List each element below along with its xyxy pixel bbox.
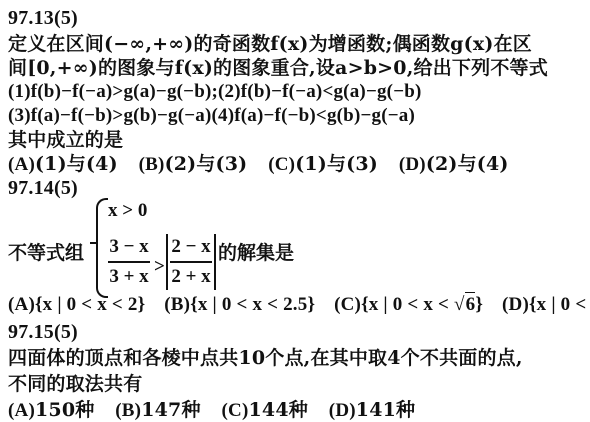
q13-option-a[interactable]: (A)(1)与(4)	[8, 152, 118, 177]
fraction-bar	[108, 261, 150, 263]
fraction-left: 3 − x 3 + x	[108, 236, 150, 288]
question-15-options: (A)150种 (B)147种 (C)144种 (D)141种	[8, 398, 429, 422]
fraction-bar	[170, 261, 212, 263]
q13-option-c[interactable]: (C)(1)与(3)	[268, 152, 378, 177]
q13-option-d[interactable]: (D)(2)与(4)	[399, 152, 509, 177]
q14-option-c[interactable]: (C){x | 0 < x < √6}	[334, 292, 483, 317]
left-brace-tip	[90, 242, 98, 244]
q14-option-d[interactable]: (D){x | 0 < x < 3}	[502, 293, 590, 317]
question-13-statements-3-4: (3)f(a)−f(−b)>g(b)−g(−a)(4)f(a)−f(−b)<g(…	[8, 104, 415, 128]
question-number-15: 97.15(5)	[8, 320, 78, 344]
system-prefix: 不等式组	[8, 238, 84, 265]
question-number-13: 97.13(5)	[8, 6, 78, 30]
question-15-stem-line-2: 不同的取法共有	[8, 372, 142, 396]
system-suffix: 的解集是	[218, 238, 294, 265]
q13-option-b[interactable]: (B)(2)与(3)	[139, 152, 248, 177]
sqrt-icon: √	[454, 294, 465, 315]
relation-symbol: >	[154, 256, 165, 278]
q15-option-d[interactable]: (D)141种	[329, 398, 415, 422]
q14-option-a[interactable]: (A){x | 0 < x < 2}	[8, 293, 145, 317]
system-line-1: x > 0	[108, 200, 147, 222]
question-number-14: 97.14(5)	[8, 176, 78, 200]
question-15-stem-line-1: 四面体的顶点和各棱中点共10个点,在其中取4个不共面的点,	[8, 346, 523, 370]
question-13-stem-line-1: 定义在区间(−∞,+∞)的奇函数f(x)为增函数;偶函数g(x)在区	[8, 32, 532, 56]
question-13-statements-1-2: (1)f(b)−f(−a)>g(a)−g(−b);(2)f(b)−f(−a)<g…	[8, 80, 422, 104]
q14-option-b[interactable]: (B){x | 0 < x < 2.5}	[164, 293, 315, 317]
question-13-prompt: 其中成立的是	[8, 128, 123, 152]
q15-option-c[interactable]: (C)144种	[222, 398, 308, 422]
q15-option-a[interactable]: (A)150种	[8, 398, 94, 422]
question-13-options: (A)(1)与(4) (B)(2)与(3) (C)(1)与(3) (D)(2)与…	[8, 152, 523, 177]
left-brace-icon	[96, 198, 108, 298]
q15-option-b[interactable]: (B)147种	[115, 398, 200, 422]
question-13-stem-line-2: 间[0,+∞)的图象与f(x)的图象重合,设a>b>0,给出下列不等式	[8, 56, 548, 80]
fraction-right: 2 − x 2 + x	[170, 236, 212, 288]
question-14-options: (A){x | 0 < x < 2} (B){x | 0 < x < 2.5} …	[8, 292, 590, 317]
